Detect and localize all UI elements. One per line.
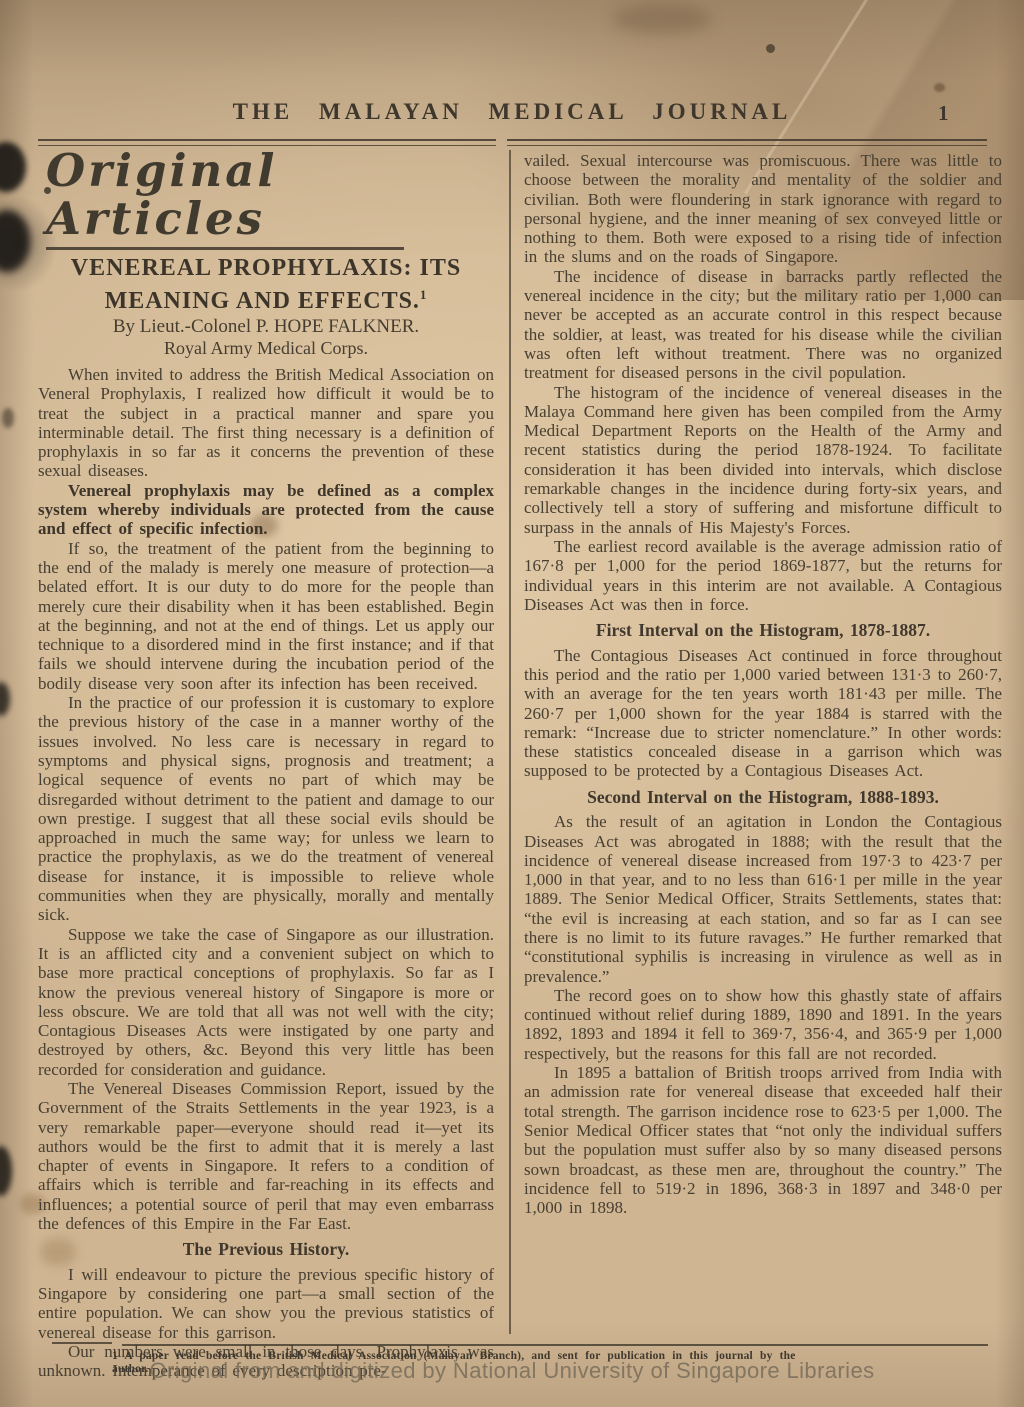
paragraph-bold: Venereal prophylaxis may be defined as a… [38, 481, 494, 539]
paragraph: In the practice of our profession it is … [38, 693, 494, 925]
paragraph: I will endeavour to picture the previous… [38, 1265, 494, 1342]
ink-blot [0, 1146, 12, 1196]
left-column-body: When invited to address the British Medi… [38, 365, 494, 1381]
section-title: Original Articles [38, 147, 494, 243]
paragraph: When invited to address the British Medi… [38, 365, 494, 481]
section-title-underline [46, 247, 404, 250]
ink-speck [934, 83, 945, 92]
right-column-body: vailed. Sexual intercourse was promiscuo… [524, 151, 1002, 1217]
ink-blot [0, 682, 10, 716]
left-column: Original Articles VENEREAL PROPHYLAXIS: … [38, 147, 494, 1381]
paragraph: The Venereal Diseases Commission Report,… [38, 1079, 494, 1233]
header-rule-right [507, 139, 987, 146]
paragraph: The record goes on to show how this ghas… [524, 986, 1002, 1063]
section-heading-previous-history: The Previous History. [38, 1240, 494, 1260]
section-heading-first-interval: First Interval on the Histogram, 1878-18… [524, 621, 1002, 641]
paragraph: The Contagious Diseases Act continued in… [524, 646, 1002, 781]
paragraph: The earliest record available is the ave… [524, 537, 1002, 614]
article-title-line2: MEANING AND EFFECTS. [105, 288, 420, 314]
paragraph: If so, the treatment of the patient from… [38, 539, 494, 693]
article-title: VENEREAL PROPHYLAXIS: ITS MEANING AND EF… [38, 255, 494, 314]
paragraph: Suppose we take the case of Singapore as… [38, 925, 494, 1079]
ink-blot [0, 142, 26, 192]
paper-stain [612, 4, 712, 34]
article-byline: By Lieut.-Colonel P. HOPE FALKNER. [38, 316, 494, 338]
journal-title: THE MALAYAN MEDICAL JOURNAL [0, 99, 1024, 125]
article-affiliation: Royal Army Medical Corps. [38, 338, 494, 358]
section-heading-second-interval: Second Interval on the Histogram, 1888-1… [524, 788, 1002, 808]
footnote-rule [122, 1344, 988, 1346]
paragraph: The incidence of disease in barracks par… [524, 267, 1002, 383]
paper-stain [2, 408, 14, 428]
right-column: vailed. Sexual intercourse was promiscuo… [524, 151, 1002, 1217]
paragraph: In 1895 a battalion of British troops ar… [524, 1063, 1002, 1217]
paragraph: As the result of an agitation in London … [524, 812, 1002, 986]
digitization-watermark: Original from and digitized by National … [0, 1358, 1024, 1384]
scanned-journal-page: THE MALAYAN MEDICAL JOURNAL 1 Original A… [0, 0, 1024, 1407]
page-number: 1 [938, 101, 949, 126]
paragraph: The histogram of the incidence of venere… [524, 383, 1002, 537]
footnote-reference: 1 [420, 287, 428, 302]
column-divider-rule [509, 150, 511, 1334]
paragraph: vailed. Sexual intercourse was promiscuo… [524, 151, 1002, 267]
ink-speck [766, 44, 775, 53]
footnote-rule-left [52, 1342, 112, 1344]
article-title-line1: VENEREAL PROPHYLAXIS: ITS [71, 255, 461, 281]
